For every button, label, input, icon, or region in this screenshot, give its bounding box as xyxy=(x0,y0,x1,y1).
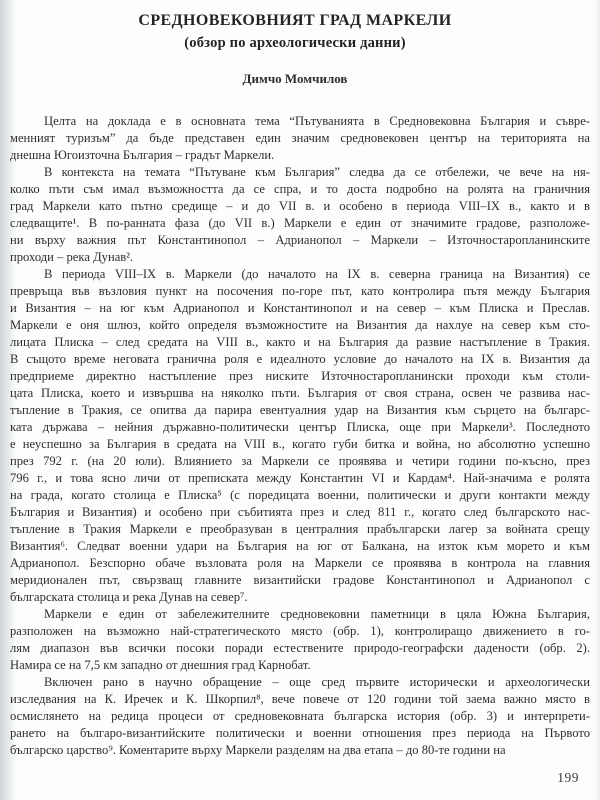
text-line: 796 г., и това ясно личи от преписката м… xyxy=(10,470,590,487)
text-line: ни върху важния път Константинопол – Адр… xyxy=(10,232,590,249)
text-line: Адрианопол. Безспорно обаче възловата ро… xyxy=(10,555,590,572)
text-line: превръща във възловия пункт на посочения… xyxy=(10,283,590,300)
text-line: лям диапазон във всички посоки поради ес… xyxy=(10,640,590,657)
text-line: предприеме директно настъпление през нис… xyxy=(10,368,590,385)
text-line: разположен на възможно най-стратегическо… xyxy=(10,623,590,640)
page-number: 199 xyxy=(557,770,579,786)
text-line: изследвания на К. Иречек и К. Шкорпил⁸, … xyxy=(10,691,590,708)
scanned-article-page: СРЕДНОВЕКОВНИЯТ ГРАД МАРКЕЛИ (обзор по а… xyxy=(0,0,600,800)
article-title: СРЕДНОВЕКОВНИЯТ ГРАД МАРКЕЛИ xyxy=(6,12,584,30)
text-line: днешна Югоизточна България – градът Марк… xyxy=(10,147,590,164)
text-line: Включен рано в научно обращение – още ср… xyxy=(10,674,590,691)
text-line: е неуспешно за България в средата на VII… xyxy=(10,436,590,453)
text-line: Маркели е един от забележителните средно… xyxy=(10,606,590,623)
text-line: В периода VIII–IX в. Маркели (до началот… xyxy=(10,266,590,283)
text-line: тъпление в Тракия Маркели е преобразуван… xyxy=(10,521,590,538)
text-line: Маркели е оня шлюз, който определя възмо… xyxy=(10,317,590,334)
text-line: проходи – река Дунав². xyxy=(10,249,590,266)
text-line: и Византия – на юг към Адрианопол и Конс… xyxy=(10,300,590,317)
text-line: В контекста на темата “Пътуване към Бълг… xyxy=(10,164,590,181)
text-line: българско царство⁹. Коментарите върху Ма… xyxy=(10,742,590,759)
text-line: град Маркели като пътно средище – и до V… xyxy=(10,198,590,215)
text-line: лицата Плиска – след средата на VIII в.,… xyxy=(10,334,590,351)
author-name: Димчо Момчилов xyxy=(6,71,584,87)
text-line: менният туризъм” да бъде представен един… xyxy=(10,130,590,147)
text-line: през 792 г. (на 20 юли). Влиянието за Ма… xyxy=(10,453,590,470)
text-line: цата Плиска, което и извършва на няколко… xyxy=(10,385,590,402)
text-line: ката държава – нейния държавно-политичес… xyxy=(10,419,590,436)
body-text: Целта на доклада е в основната тема “Път… xyxy=(10,113,590,759)
text-line: българската столица и река Дунав на севе… xyxy=(10,589,590,606)
text-line: колко пъти съм имал възможността да се с… xyxy=(10,181,590,198)
text-line: Целта на доклада е в основната тема “Път… xyxy=(10,113,590,130)
text-line: Византия⁶. Следват военни удари на Бълга… xyxy=(10,538,590,555)
text-line: осмислянето на редица процеси от среднов… xyxy=(10,708,590,725)
text-line: меридионален път, свързващ главните виза… xyxy=(10,572,590,589)
text-line: Намира се на 7,5 км западно от днешния г… xyxy=(10,657,590,674)
text-line: следващите¹. В по-ранната фаза (до VII в… xyxy=(10,215,590,232)
text-line: В същото време неговата гранична роля е … xyxy=(10,351,590,368)
article-heading: СРЕДНОВЕКОВНИЯТ ГРАД МАРКЕЛИ (обзор по а… xyxy=(6,12,584,87)
article-subtitle: (обзор по археологически данни) xyxy=(6,35,584,52)
text-line: на града, когато столица е Плиска⁵ (с по… xyxy=(10,487,590,504)
text-line: рането на българо-византийските политиче… xyxy=(10,725,590,742)
text-line: България и Византия) и особено при събит… xyxy=(10,504,590,521)
text-line: тъпление в Тракия, се опитва да парира е… xyxy=(10,402,590,419)
